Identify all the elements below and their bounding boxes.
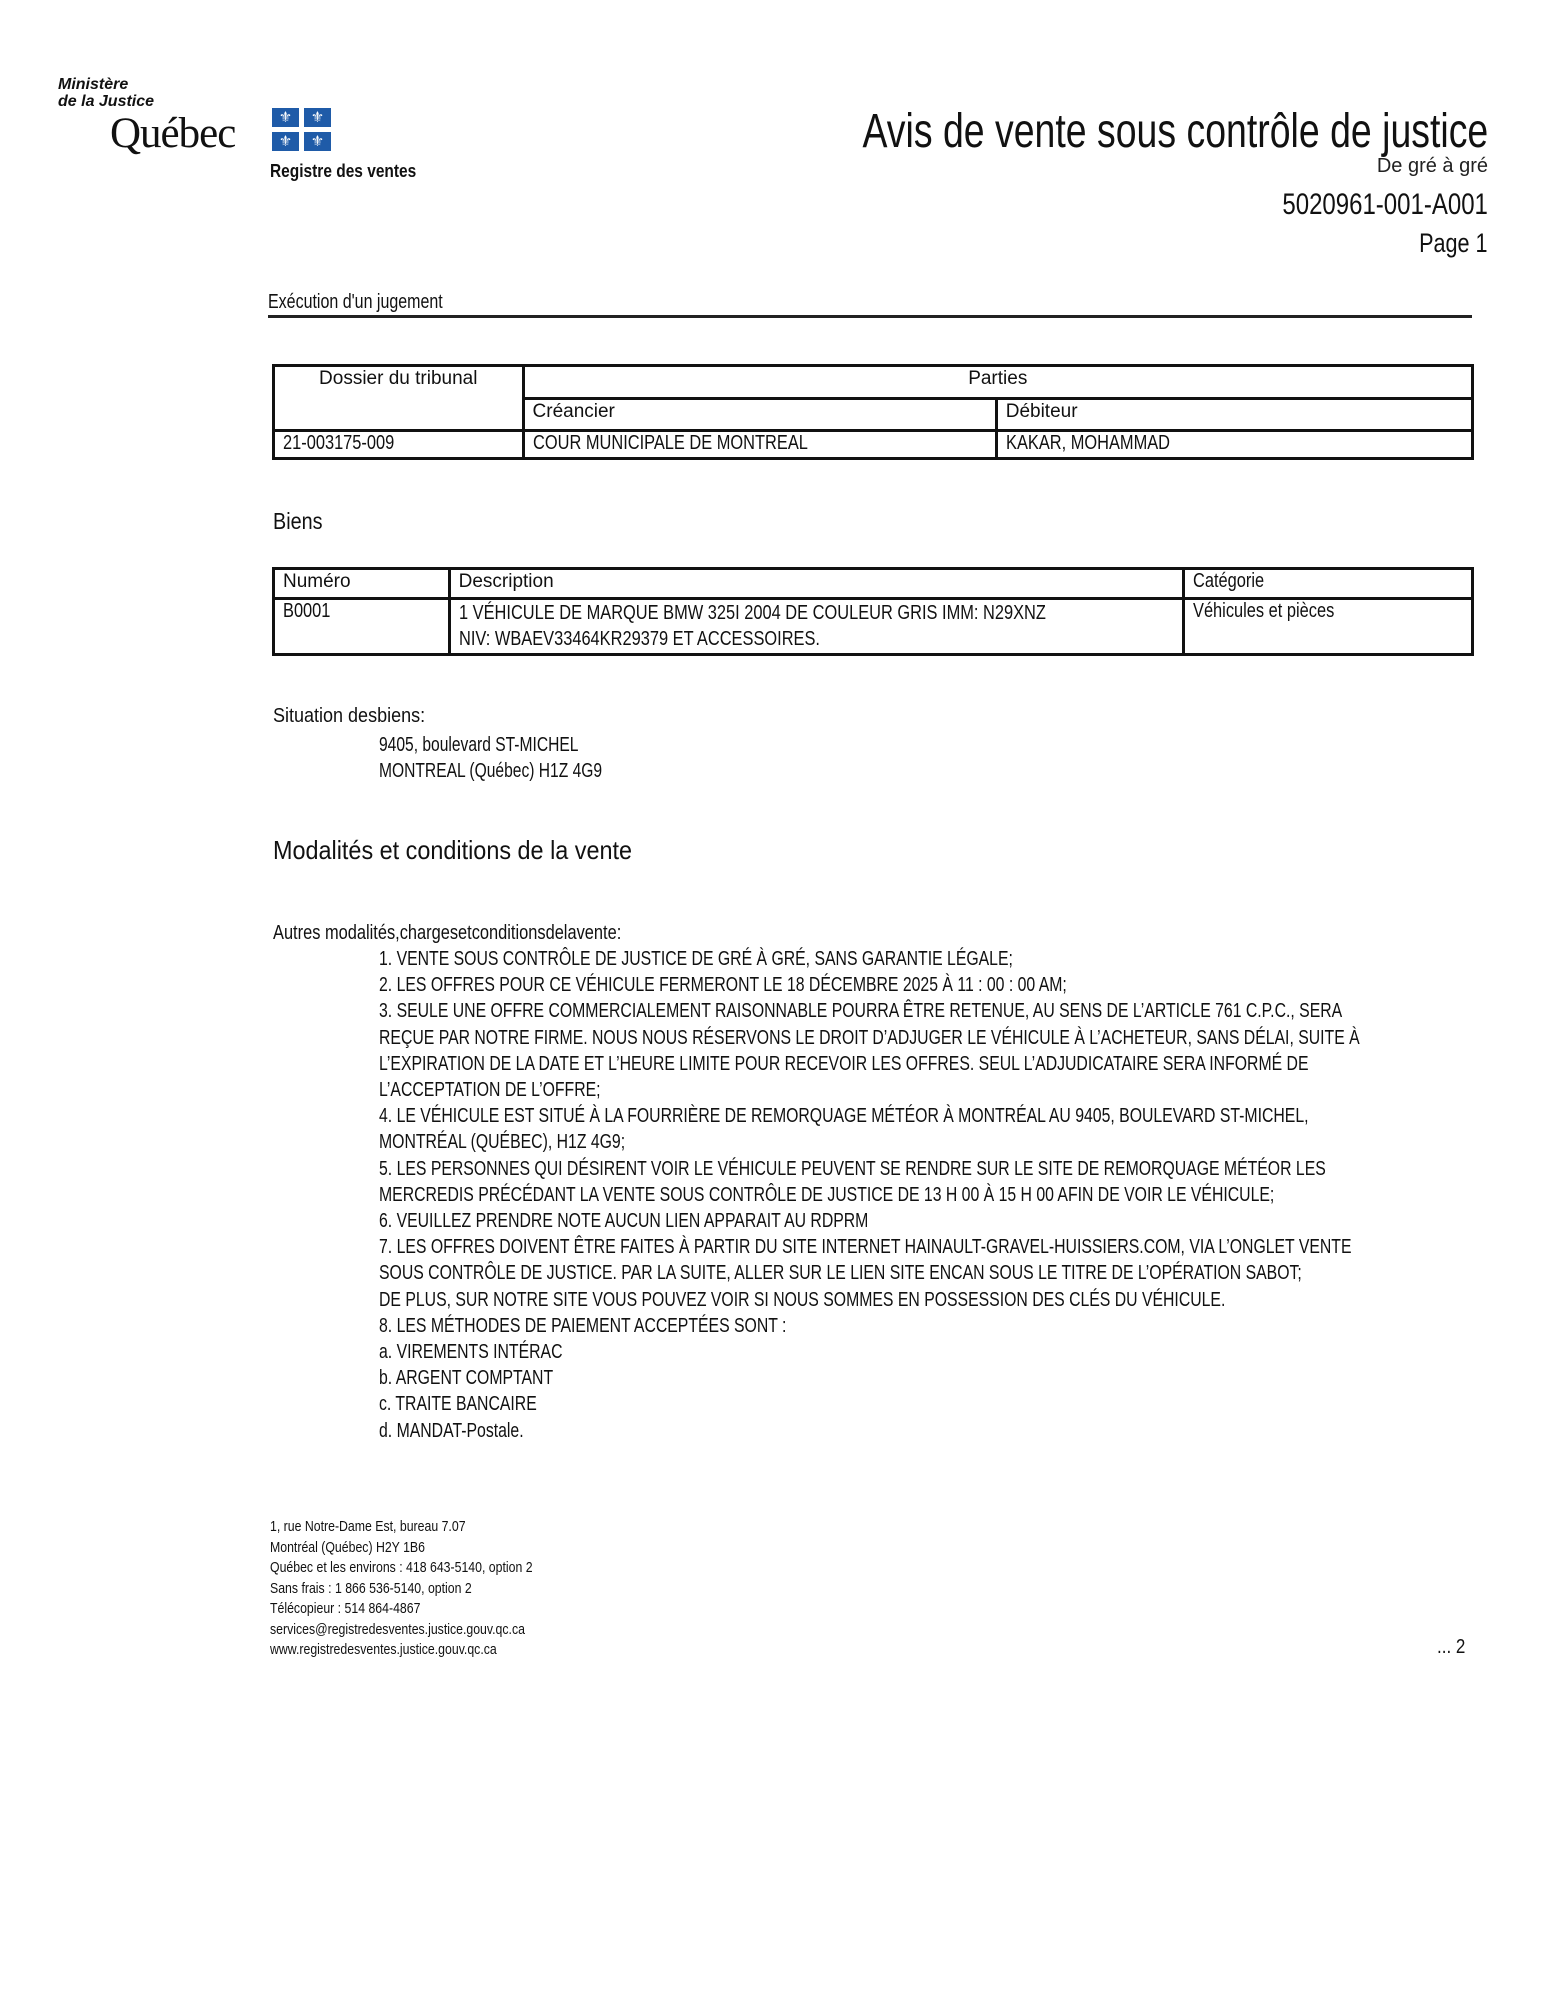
parties-table: Dossier du tribunal Parties Créancier Dé… <box>272 364 1474 460</box>
registry-name: Registre des ventes <box>270 161 416 182</box>
cell-debiteur: KAKAR, MOHAMMAD <box>996 431 1472 459</box>
fleur-de-lis-icon: ⚜ <box>272 132 299 151</box>
cell-numero: B0001 <box>274 599 450 655</box>
condition-line: 1. VENTE SOUS CONTRÔLE DE JUSTICE DE GRÉ… <box>379 946 1360 972</box>
condition-line: c. TRAITE BANCAIRE <box>379 1391 1360 1417</box>
biens-table: Numéro Description Catégorie B0001 1 VÉH… <box>272 567 1474 656</box>
footer-line: Sans frais : 1 866 536-5140, option 2 <box>270 1579 533 1600</box>
condition-line: 6. VEUILLEZ PRENDRE NOTE AUCUN LIEN APPA… <box>379 1208 1360 1234</box>
condition-line: MERCREDIS PRÉCÉDANT LA VENTE SOUS CONTRÔ… <box>379 1182 1360 1208</box>
modalites-heading: Modalités et conditions de la vente <box>273 835 632 866</box>
condition-line: b. ARGENT COMPTANT <box>379 1365 1360 1391</box>
header-dossier: Dossier du tribunal <box>274 366 524 431</box>
condition-line: SOUS CONTRÔLE DE JUSTICE. PAR LA SUITE, … <box>379 1260 1360 1286</box>
header-parties: Parties <box>523 366 1472 399</box>
conditions-list: 1. VENTE SOUS CONTRÔLE DE JUSTICE DE GRÉ… <box>379 946 1360 1444</box>
quebec-wordmark: Québec <box>110 112 235 156</box>
autres-modalites-label: Autres modalités,chargesetconditionsdela… <box>273 922 621 945</box>
section-type: Exécution d'un jugement <box>268 291 443 314</box>
situation-address: 9405, boulevard ST-MICHEL MONTREAL (Québ… <box>379 732 602 784</box>
cell-categorie: Véhicules et pièces <box>1184 599 1473 655</box>
footer-line[interactable]: www.registredesventes.justice.gouv.qc.ca <box>270 1640 533 1661</box>
footer-line: Québec et les environs : 418 643-5140, o… <box>270 1558 533 1579</box>
condition-line: REÇUE PAR NOTRE FIRME. NOUS NOUS RÉSERVO… <box>379 1025 1360 1051</box>
condition-line: L’ACCEPTATION DE L’OFFRE; <box>379 1077 1360 1103</box>
cell-description: 1 VÉHICULE DE MARQUE BMW 325I 2004 DE CO… <box>449 599 1184 655</box>
situation-label: Situation desbiens: <box>273 705 425 728</box>
condition-line: 8. LES MÉTHODES DE PAIEMENT ACCEPTÉES SO… <box>379 1313 1360 1339</box>
condition-line: 7. LES OFFRES DOIVENT ÊTRE FAITES À PART… <box>379 1234 1360 1260</box>
address-line-1: 9405, boulevard ST-MICHEL <box>379 732 602 758</box>
footer-contact: 1, rue Notre-Dame Est, bureau 7.07Montré… <box>270 1517 533 1661</box>
document-number: 5020961-001-A001 <box>1282 188 1488 222</box>
condition-line: a. VIREMENTS INTÉRAC <box>379 1339 1360 1365</box>
table-row: 21-003175-009 COUR MUNICIPALE DE MONTREA… <box>274 431 1473 459</box>
condition-line: L’EXPIRATION DE LA DATE ET L’HEURE LIMIT… <box>379 1051 1360 1077</box>
condition-line: MONTRÉAL (QUÉBEC), H1Z 4G9; <box>379 1129 1360 1155</box>
ministry-name: Ministère de la Justice <box>58 76 154 110</box>
fleur-de-lis-icon: ⚜ <box>304 132 331 151</box>
biens-heading: Biens <box>273 508 322 535</box>
condition-line: 3. SEULE UNE OFFRE COMMERCIALEMENT RAISO… <box>379 998 1360 1024</box>
page-number: Page 1 <box>1420 228 1488 259</box>
header-debiteur: Débiteur <box>996 398 1472 431</box>
footer-line: Montréal (Québec) H2Y 1B6 <box>270 1538 533 1559</box>
header-description: Description <box>449 569 1184 599</box>
page-title: Avis de vente sous contrôle de justice <box>862 104 1488 160</box>
table-row: B0001 1 VÉHICULE DE MARQUE BMW 325I 2004… <box>274 599 1473 655</box>
cell-creancier: COUR MUNICIPALE DE MONTREAL <box>523 431 996 459</box>
footer-line[interactable]: services@registredesventes.justice.gouv.… <box>270 1620 533 1641</box>
header-numero: Numéro <box>274 569 450 599</box>
address-line-2: MONTREAL (Québec) H1Z 4G9 <box>379 758 602 784</box>
ministry-line-1: Ministère <box>58 76 154 93</box>
ministry-line-2: de la Justice <box>58 93 154 110</box>
condition-line: 4. LE VÉHICULE EST SITUÉ À LA FOURRIÈRE … <box>379 1103 1360 1129</box>
fleur-de-lis-icon: ⚜ <box>272 108 299 127</box>
quebec-flag-icon: ⚜ ⚜ ⚜ ⚜ <box>272 108 334 152</box>
footer-line: 1, rue Notre-Dame Est, bureau 7.07 <box>270 1517 533 1538</box>
condition-line: 2. LES OFFRES POUR CE VÉHICULE FERMERONT… <box>379 972 1360 998</box>
condition-line: DE PLUS, SUR NOTRE SITE VOUS POUVEZ VOIR… <box>379 1287 1360 1313</box>
condition-line: 5. LES PERSONNES QUI DÉSIRENT VOIR LE VÉ… <box>379 1156 1360 1182</box>
header-creancier: Créancier <box>523 398 996 431</box>
header-categorie: Catégorie <box>1184 569 1473 599</box>
page-subtitle: De gré à gré <box>1377 155 1488 178</box>
divider <box>268 315 1472 318</box>
fleur-de-lis-icon: ⚜ <box>304 108 331 127</box>
footer-line: Télécopieur : 514 864-4867 <box>270 1599 533 1620</box>
condition-line: d. MANDAT-Postale. <box>379 1418 1360 1444</box>
next-page-indicator: ... 2 <box>1437 1636 1465 1659</box>
cell-dossier: 21-003175-009 <box>274 431 524 459</box>
